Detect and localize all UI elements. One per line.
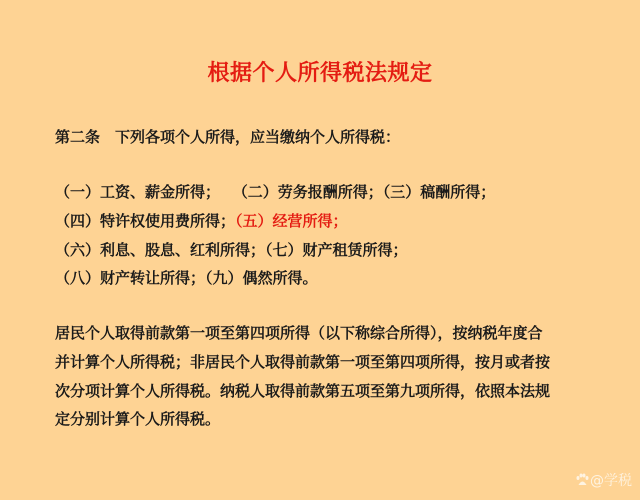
income-items-6-7: （六）利息、股息、红利所得；（七）财产租赁所得； [55,241,408,259]
paragraph-line-4: 定分别计算个人所得税。 [55,409,220,429]
paragraph-line-2: 并计算个人所得税；非居民个人取得前款第一项至第四项所得，按月或者按 [55,352,550,372]
watermark: @学税 [575,470,632,490]
income-items-1-3: （一）工资、薪金所得； （二）劳务报酬所得；（三）稿酬所得； [55,183,495,201]
income-line-2: （四）特许权使用费所得；（五）经营所得； [55,211,348,231]
income-line-4: （八）财产转让所得；（九）偶然所得。 [55,268,318,288]
article-intro: 第二条 下列各项个人所得，应当缴纳个人所得税： [55,127,400,147]
income-items-8-9: （八）财产转让所得；（九）偶然所得。 [55,269,318,287]
income-item-4: （四）特许权使用费所得； [55,212,235,230]
paragraph-line-3: 次分项计算个人所得税。纳税人取得前款第五项至第九项所得，依照本法规 [55,381,550,401]
watermark-text: @学税 [590,470,632,490]
income-line-3: （六）利息、股息、红利所得；（七）财产租赁所得； [55,240,408,260]
paragraph-line-1: 居民个人取得前款第一项至第四项所得（以下称综合所得），按纳税年度合 [55,323,543,343]
baidu-paw-icon [575,473,589,487]
income-line-1: （一）工资、薪金所得； （二）劳务报酬所得；（三）稿酬所得； [55,182,495,202]
page-title: 根据个人所得税法规定 [0,56,640,87]
income-item-5-highlight: （五）经营所得； [235,212,348,230]
